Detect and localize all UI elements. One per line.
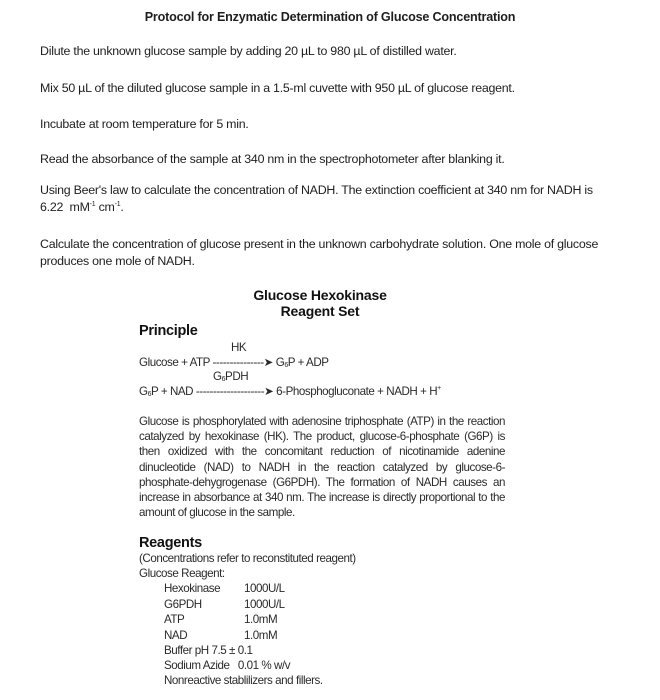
rest: P + NAD <box>151 385 193 398</box>
period: . <box>120 200 123 214</box>
reagent-row: Hexokinase1000U/L <box>164 582 334 598</box>
reagent-row: ATP1.0mM <box>164 613 334 629</box>
reaction-2: G6P + NAD --------------------➤ 6-Phosph… <box>139 384 441 398</box>
reaction-1: Glucose + ATP ---------------➤ G6P + ADP <box>139 355 329 369</box>
reaction-1-reactants: Glucose + ATP <box>139 356 210 369</box>
insert-title-line2: Reagent Set <box>140 303 500 319</box>
extinction-unit-mm: mM <box>70 200 90 214</box>
azide-name: Sodium Azide <box>164 659 230 672</box>
g: G <box>213 370 222 383</box>
principle-paragraph: Glucose is phosphorylated with adenosine… <box>139 414 505 520</box>
enzyme-g6pdh-label: G6PDH <box>213 370 248 383</box>
rest: P + ADP <box>288 356 329 369</box>
azide-value: 0.01 % w/v <box>238 659 290 672</box>
reagents-table: Hexokinase1000U/LG6PDH1000U/LATP1.0mMNAD… <box>164 582 334 644</box>
reaction-2-products: 6-Phosphogluconate + NADH + H+ <box>276 385 441 398</box>
reagent-value: 1000U/L <box>244 598 334 614</box>
document-title: Protocol for Enzymatic Determination of … <box>0 10 660 24</box>
products-text: 6-Phosphogluconate + NADH + H <box>276 385 437 398</box>
reaction-arrow: --------------------➤ <box>196 385 273 398</box>
reaction-arrow: ---------------➤ <box>213 356 273 369</box>
reagent-row: NAD1.0mM <box>164 629 334 645</box>
protocol-step-read-absorbance: Read the absorbance of the sample at 340… <box>40 151 620 168</box>
reaction-1-products: G6P + ADP <box>276 356 329 369</box>
document-page: Protocol for Enzymatic Determination of … <box>0 0 660 700</box>
reagent-row: G6PDH1000U/L <box>164 598 334 614</box>
sup-plus: + <box>437 385 441 392</box>
reagent-name: ATP <box>164 613 244 629</box>
protocol-step-incubate: Incubate at room temperature for 5 min. <box>40 116 620 133</box>
protocol-step-dilute: Dilute the unknown glucose sample by add… <box>40 43 620 60</box>
rest: PDH <box>225 370 248 383</box>
g: G <box>139 385 148 398</box>
reagent-value: 1.0mM <box>244 613 334 629</box>
protocol-step-mix: Mix 50 µL of the diluted glucose sample … <box>40 80 620 97</box>
enzyme-hk-label: HK <box>231 341 246 354</box>
reagents-heading: Reagents <box>139 535 202 551</box>
principle-heading: Principle <box>139 323 198 339</box>
reagent-value: 1000U/L <box>244 582 334 598</box>
buffer-line: Buffer pH 7.5 ± 0.1 <box>164 644 252 657</box>
protocol-step-beers-law: Using Beer's law to calculate the concen… <box>40 182 620 216</box>
exp-mm: -1 <box>90 201 96 208</box>
reagent-name: NAD <box>164 629 244 645</box>
reagent-name: G6PDH <box>164 598 244 614</box>
insert-title-line1: Glucose Hexokinase <box>140 287 500 303</box>
beers-law-text: Using Beer's law to calculate the concen… <box>40 183 593 197</box>
reagents-note: (Concentrations refer to reconstituted r… <box>139 552 356 565</box>
extinction-unit-cm: cm <box>99 200 115 214</box>
extinction-value: 6.22 <box>40 200 63 214</box>
reagent-value: 1.0mM <box>244 629 334 645</box>
protocol-step-calculate: Calculate the concentration of glucose p… <box>40 236 620 270</box>
reagent-name: Hexokinase <box>164 582 244 598</box>
fillers-line: Nonreactive stablilizers and fillers. <box>164 674 323 687</box>
reaction-2-reactants: G6P + NAD <box>139 385 193 398</box>
azide-line: Sodium Azide 0.01 % w/v <box>164 659 290 672</box>
reagents-label: Glucose Reagent: <box>139 567 225 580</box>
